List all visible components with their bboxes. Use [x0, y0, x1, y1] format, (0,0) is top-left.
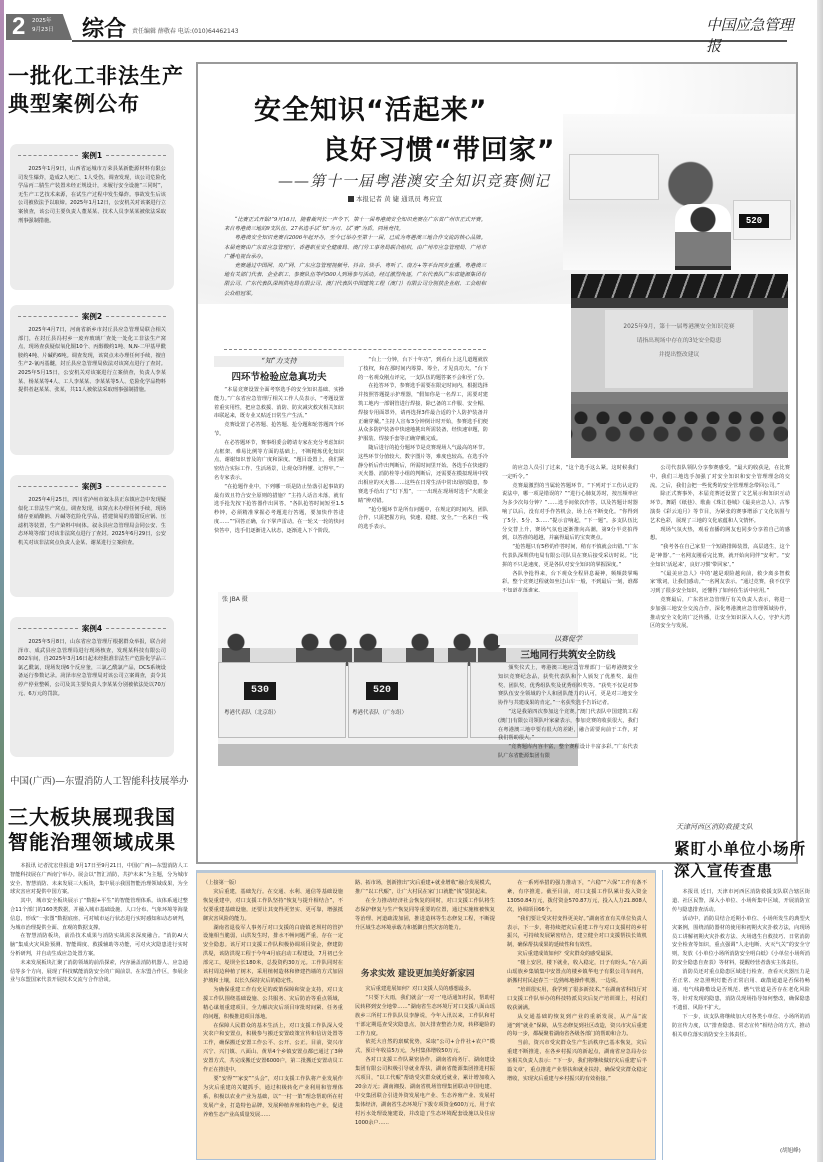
booth: [569, 154, 659, 200]
page-tab: 2 2025年 9月23日: [6, 14, 72, 40]
ai-story-kicker: 中国(广西)—东盟消防人工智能科技展举办: [10, 775, 190, 789]
fire-story-body: 本报讯 近日，天津市河西区消防救援支队联合辖区街道、社区民警，深入小单位、小场所…: [672, 888, 810, 1039]
newspaper-page: 2 2025年 9月23日 综合 责任编辑 薛敬春 电话:(010)644621…: [0, 0, 823, 1162]
column-divider: [662, 870, 663, 1160]
masthead: 2 2025年 9月23日 综合 责任编辑 薛敬春 电话:(010)644621…: [6, 8, 806, 44]
contestant-desk: [218, 662, 346, 738]
lower-column-3: 在一系列举措的强力推动下，“六稳”“六保”工作有条不紊，有序推进。截至目前，对口…: [507, 879, 647, 1157]
dash-rule: [106, 486, 166, 487]
dashed-divider: [224, 349, 486, 350]
dash-rule: [18, 628, 78, 629]
case-body: 2025年5月8日，山东省应急管理厅根据群众举报，联合菏泽市、成武县应急管理局进…: [18, 638, 166, 698]
stage-screen: 2025年9月，第十一届粤港澳安全知识竞赛 请指出现场中存在的3处安全隐患 并提…: [605, 310, 753, 388]
newspaper-logo: 中国应急管理报: [706, 14, 806, 56]
lower-column-2-top: 路、拓市场，创新推出“灾后重建+就业增收”融合发展模式，推广“以工代赈”，让广大…: [355, 879, 495, 965]
fire-story-kicker: 天津河西区消防救援支队: [676, 822, 753, 832]
dash-rule: [18, 316, 78, 317]
stage-lights: [571, 274, 788, 298]
feature-subtitle: ——第十一届粤港澳安全知识竞赛侧记: [278, 170, 550, 191]
ai-story-body: 本报讯 记者沈宏佳报道 9月17日至9月21日，中国(广西)—东盟消防人工智能科…: [10, 862, 188, 985]
section1-title: 四环节检验应急真功夫: [214, 369, 344, 383]
page-date: 2025年 9月23日: [32, 17, 54, 35]
contestant: [448, 632, 476, 666]
dash-rule: [106, 316, 166, 317]
contestant: [296, 632, 324, 666]
contestant: [406, 632, 434, 666]
case-body: 2025年4月7日，河南省新乡市封丘县应急管理局联合相关部门，在封丘县冯村乡一废…: [18, 326, 166, 395]
case-label: 案例4: [82, 623, 102, 634]
lower-column-1: （上接第一版） 灾后重建，基础先行。在交通、水利、通信等基础设施恢复重建中，对口…: [203, 879, 343, 1157]
team-label: 粤港代表队（北京组）: [224, 708, 279, 716]
chemical-cases-headline: 一批化工非法生产典型案例公布: [8, 62, 188, 118]
contestant: [324, 632, 352, 666]
case-label: 案例3: [82, 481, 102, 492]
page-number: 2: [12, 14, 25, 40]
fire-story-headline: 紧盯小单位小场所深入宣传查患: [674, 838, 814, 882]
contestant: [222, 632, 250, 666]
section2-title: 三地同行共筑安全防线: [498, 647, 638, 661]
lower-column-2: 灾后重建进展如何？对口支援人员的感想最多。 “只要下大雨，我们就会‘一对一’电话…: [355, 985, 495, 1157]
dash-rule: [106, 155, 166, 156]
photo-contestant-earmuffs: 520: [563, 114, 795, 270]
feature-story-box: 安全知识“活起来” 良好习惯“带回家” ——第十一届粤港澳安全知识竞赛侧记 本报…: [196, 62, 798, 864]
contestant: [354, 632, 382, 666]
case-card-4: 案例4 2025年5月8日，山东省应急管理厅根据群众举报，联合菏泽市、成武县应急…: [10, 617, 174, 757]
reconstruction-story: （上接第一版） 灾后重建，基础先行。在交通、水利、通信等基础设施恢复重建中，对口…: [196, 870, 656, 1160]
dash-rule: [18, 155, 78, 156]
photo-credit: 张 JBA 摄: [222, 594, 248, 603]
dash-rule: [18, 486, 78, 487]
case-body: 2025年1月9日，山西省运城市万荣县某新能源材料有限公司发生爆炸，造成2人死亡…: [18, 165, 166, 225]
section2-column-1: 颁奖仪式上，粤港澳三地应急管理部门一届粤港澳安全知识竞赛纪念品，获奖代表队和个人…: [498, 664, 638, 859]
score-display: 520: [366, 682, 398, 700]
case-body: 2025年4月25日，四川省泸州市叙永县正东镇应急中发现疑似化工非法生产窝点。调…: [18, 496, 166, 548]
left-border-strip: [0, 0, 4, 1162]
contestant-figure: [675, 204, 731, 270]
score-display: 530: [244, 682, 276, 700]
section1-column-2: “台上一分钟，台下十年功”，到看台上这几道题就放了枝杈，和在那时间内筹算、筹全，…: [358, 356, 488, 586]
right-page-shadow: [817, 0, 823, 1162]
section1-kicker: “知”力支持: [214, 356, 344, 367]
contestant-desk: [348, 662, 468, 738]
team-label: 粤港代表队（广东组）: [352, 708, 407, 716]
feature-headline-line2: 良好习惯“带回家”: [322, 128, 556, 167]
feature-headline-line1: 安全知识“活起来”: [254, 88, 488, 127]
score-display: 520: [739, 214, 769, 228]
case-card-2: 案例2 2025年4月7日，河南省新乡市封丘县应急管理局联合相关部门，在封丘县冯…: [10, 305, 174, 455]
feature-intro: “比赛正式开始!”9月16日，随着裁判长一声令下，第十一届粤港澳安全知识竞赛在广…: [224, 216, 486, 299]
case-card-1: 案例1 2025年1月9日，山西省运城市万荣县某新能源材料有限公司发生爆炸，造成…: [10, 144, 174, 290]
header-rule: [72, 40, 787, 42]
section-title: 综合: [82, 12, 126, 43]
case-card-3: 案例3 2025年4月25日，四川省泸州市叙永县正东镇应急中发现疑似化工非法生产…: [10, 475, 174, 597]
case-label: 案例2: [82, 311, 102, 322]
lower-subheading: 务求实效 建设更加美好新家园: [361, 967, 474, 979]
section2-kicker: 以赛促学: [498, 634, 638, 645]
case-label: 案例1: [82, 150, 102, 161]
byline: 本报记者 黄 婕 通讯员 粤应宣: [348, 194, 442, 203]
editor-line: 责任编辑 薛敬春 电话:(010)64462143: [132, 26, 239, 35]
author-signature: (胡旭峰): [780, 1146, 801, 1154]
ai-story-headline: 三大板块展现我国智能治理领域成果: [8, 805, 193, 855]
square-bullet-icon: [348, 196, 354, 202]
section1-column-1: “本届竞赛设置全面考察选手的安全知识基础、实操能力。”广东省应急管理厅相关工作人…: [214, 386, 344, 591]
photo-competition-stage: 2025年9月，第十一届粤港澳安全知识竞赛 请指出现场中存在的3处安全隐患 并提…: [571, 274, 788, 458]
section2-column-2: 公司代表队领队分享参赛感受。“最大的收获是，在比赛中，我们三地选手加强了对安全知…: [650, 464, 790, 859]
audience-crowd: [571, 404, 788, 458]
dash-rule: [106, 628, 166, 629]
